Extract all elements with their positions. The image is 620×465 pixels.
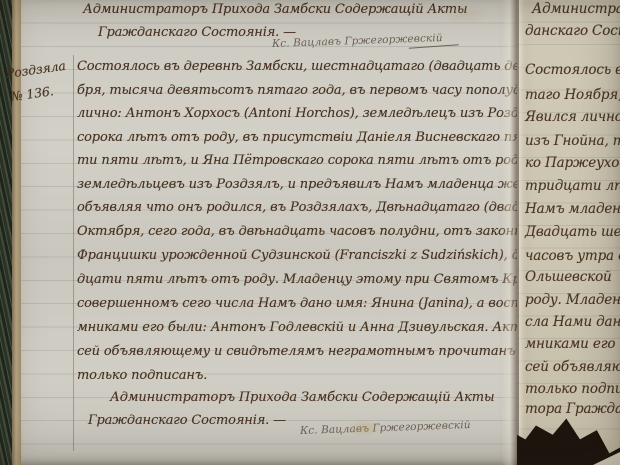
fragment-line: Явился лично: В: [525, 111, 620, 125]
fragment-line: тора Гражда: [525, 403, 620, 417]
fragment-line: изъ Гнойна, трид: [525, 135, 620, 149]
act-body-line: Октября, сего года, въ двѣнадцать часовъ…: [77, 225, 517, 238]
fragment-line: Администра: [532, 3, 620, 17]
act-body-line: лично: Антонъ Хорхосъ (Antoni Horchos), …: [77, 107, 517, 120]
paper-stain: [430, 0, 500, 30]
fragment-line: Двадцать шес: [525, 226, 620, 240]
fragment-line: Ольшевской: [525, 271, 612, 285]
prev-act-closing-line: Администраторъ Прихода Замбски Содержащі…: [83, 3, 467, 16]
fragment-line: часовъ утра отъ: [525, 250, 620, 264]
page-right: Администра данскаго Сост Состоялось въ д…: [517, 0, 620, 465]
fragment-line: данскаго Сост: [525, 25, 620, 39]
register-photo: Администраторъ Прихода Замбски Содержащі…: [0, 0, 620, 465]
act-body-line: ти пяти лѣтъ, и Яна Пётровскаго сорока п…: [77, 154, 517, 167]
fragment-line: только подписа: [525, 383, 620, 397]
act-body-line: сорока лѣтъ отъ роду, въ присутствіи Дан…: [77, 131, 517, 144]
torn-corner-underpage: [590, 452, 620, 465]
act-body-line: сей объявляющему и свидѣтелямъ неграмотн…: [77, 345, 517, 358]
act-body-line: совершенномъ сего числа Намъ дано имя: Я…: [77, 297, 517, 310]
act-body-line: Францишки урожденной Судзинской (Francis…: [77, 249, 517, 262]
fragment-line: Намъ младенца: [525, 203, 620, 217]
signature-flourish: [409, 44, 459, 55]
fragment-line: ко Паржеуховско: [525, 157, 620, 171]
act-body-line: мниками его были: Антонъ Годлевскій и Ан…: [77, 321, 517, 334]
fragment-line: роду. Младенцу: [525, 294, 620, 308]
fragment-line: мниками его б: [525, 338, 620, 352]
act-body-line: бря, тысяча девятьсотъ пятаго года, въ п…: [77, 84, 517, 97]
page-left: Администраторъ Прихода Замбски Содержащі…: [21, 0, 517, 465]
fragment-line: тридцати лѣтъ: [525, 180, 620, 194]
fragment-line: Состоялось въ дере: [525, 64, 620, 78]
fragment-line: сла Нами дан: [525, 316, 620, 330]
act-body-line: объявляя что онъ родился, въ Роздзялахъ,…: [77, 201, 517, 214]
act-body-line: дцати пяти лѣтъ отъ роду. Младенцу этому…: [77, 273, 517, 286]
act-closing-line: Администраторъ Прихода Замбски Содержащі…: [110, 391, 494, 404]
fragment-line: таго Ноября, тыся: [525, 89, 620, 103]
act-body-line: только подписанъ.: [77, 369, 207, 382]
act-closing-line: Гражданскаго Состоянія. —: [88, 414, 286, 427]
prev-act-closing-line: Гражданскаго Состоянія. —: [98, 26, 296, 39]
act-body-line: земледѣльцевъ изъ Роздзялъ, и предъявилъ…: [77, 178, 517, 191]
act-body-line: Состоялось въ деревнѣ Замбски, шестнадца…: [77, 60, 517, 73]
fragment-line: сей объявляющ: [525, 361, 620, 375]
margin-rule: [73, 55, 74, 451]
paper-stain: [340, 415, 388, 441]
